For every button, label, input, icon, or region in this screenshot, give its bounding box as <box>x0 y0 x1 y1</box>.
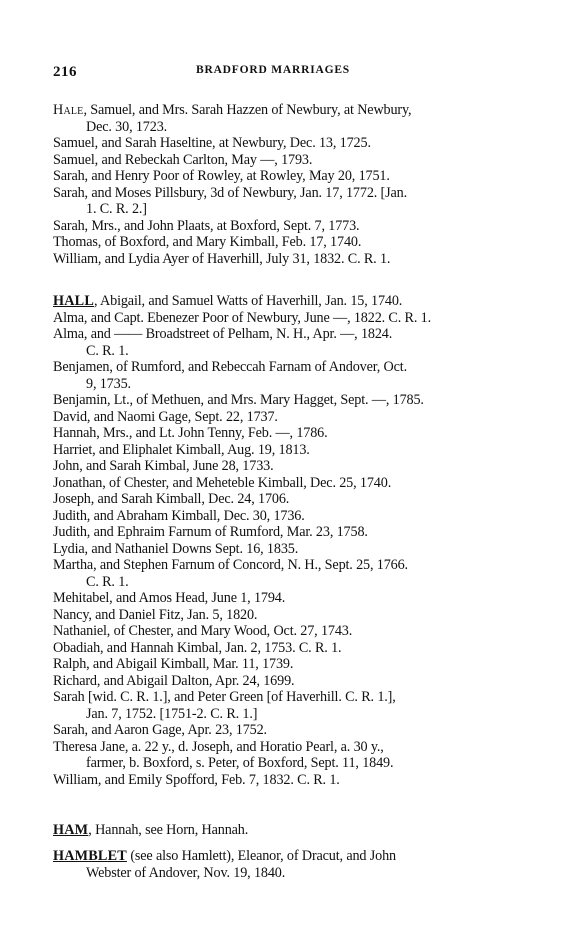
entry-line: John, and Sarah Kimbal, June 28, 1733. <box>53 458 533 475</box>
entry-line: Samuel, and Rebeckah Carlton, May —, 179… <box>53 152 533 169</box>
entry-continuation: Webster of Andover, Nov. 19, 1840. <box>53 865 533 882</box>
entry-continuation: Jan. 7, 1752. [1751-2. C. R. 1.] <box>53 706 533 723</box>
surname-heading: HAMBLET <box>53 848 127 864</box>
entry-line: Sarah [wid. C. R. 1.], and Peter Green [… <box>53 689 533 706</box>
entry-line: Benjamen, of Rumford, and Rebeccah Farna… <box>53 359 533 376</box>
surname-heading: Hale <box>53 102 83 118</box>
entry-line: David, and Naomi Gage, Sept. 22, 1737. <box>53 409 533 426</box>
surname-heading: HAM <box>53 822 88 838</box>
entry-line: Lydia, and Nathaniel Downs Sept. 16, 183… <box>53 541 533 558</box>
entry-line: Ralph, and Abigail Kimball, Mar. 11, 173… <box>53 656 533 673</box>
entry-line: Alma, and Capt. Ebenezer Poor of Newbury… <box>53 310 533 327</box>
entry-line: Obadiah, and Hannah Kimbal, Jan. 2, 1753… <box>53 640 533 657</box>
entry-line: Thomas, of Boxford, and Mary Kimball, Fe… <box>53 234 533 251</box>
entry-line: Nancy, and Daniel Fitz, Jan. 5, 1820. <box>53 607 533 624</box>
section-hale: Hale, Samuel, and Mrs. Sarah Hazzen of N… <box>53 102 533 267</box>
entry-line: Jonathan, of Chester, and Meheteble Kimb… <box>53 475 533 492</box>
page-number: 216 <box>53 64 77 81</box>
entry-line: Theresa Jane, a. 22 y., d. Joseph, and H… <box>53 739 533 756</box>
entry-line: HAMBLET (see also Hamlett), Eleanor, of … <box>53 848 533 865</box>
entry-line: Alma, and —— Broadstreet of Pelham, N. H… <box>53 326 533 343</box>
entry-line: William, and Emily Spofford, Feb. 7, 183… <box>53 772 533 789</box>
entry-line: Benjamin, Lt., of Methuen, and Mrs. Mary… <box>53 392 533 409</box>
entry-line: Martha, and Stephen Farnum of Concord, N… <box>53 557 533 574</box>
entry-line: Judith, and Ephraim Farnum of Rumford, M… <box>53 524 533 541</box>
entry-line: Judith, and Abraham Kimball, Dec. 30, 17… <box>53 508 533 525</box>
section-hamblet: HAMBLET (see also Hamlett), Eleanor, of … <box>53 848 533 881</box>
entry-continuation: C. R. 1. <box>53 574 533 591</box>
running-head: BRADFORD MARRIAGES <box>196 64 350 76</box>
entry-line: HALL, Abigail, and Samuel Watts of Haver… <box>53 293 533 310</box>
entry-continuation: 9, 1735. <box>53 376 533 393</box>
entry-line: Harriet, and Eliphalet Kimball, Aug. 19,… <box>53 442 533 459</box>
entry-line: Richard, and Abigail Dalton, Apr. 24, 16… <box>53 673 533 690</box>
entry-line: Sarah, Mrs., and John Plaats, at Boxford… <box>53 218 533 235</box>
section-hall: HALL, Abigail, and Samuel Watts of Haver… <box>53 293 533 788</box>
entry-line: HAM, Hannah, see Horn, Hannah. <box>53 822 533 839</box>
document-page: 216 BRADFORD MARRIAGES Hale, Samuel, and… <box>0 0 568 944</box>
surname-heading: HALL <box>53 293 94 309</box>
entry-line: Hannah, Mrs., and Lt. John Tenny, Feb. —… <box>53 425 533 442</box>
entry-continuation: 1. C. R. 2.] <box>53 201 533 218</box>
section-ham: HAM, Hannah, see Horn, Hannah. <box>53 822 533 839</box>
entry-line: Samuel, and Sarah Haseltine, at Newbury,… <box>53 135 533 152</box>
entry-line: Sarah, and Henry Poor of Rowley, at Rowl… <box>53 168 533 185</box>
entry-line: Nathaniel, of Chester, and Mary Wood, Oc… <box>53 623 533 640</box>
entry-continuation: farmer, b. Boxford, s. Peter, of Boxford… <box>53 755 533 772</box>
entry-line: Hale, Samuel, and Mrs. Sarah Hazzen of N… <box>53 102 533 119</box>
entry-line: Joseph, and Sarah Kimball, Dec. 24, 1706… <box>53 491 533 508</box>
entry-continuation: C. R. 1. <box>53 343 533 360</box>
entry-line: William, and Lydia Ayer of Haverhill, Ju… <box>53 251 533 268</box>
entry-line: Sarah, and Aaron Gage, Apr. 23, 1752. <box>53 722 533 739</box>
entry-line: Sarah, and Moses Pillsbury, 3d of Newbur… <box>53 185 533 202</box>
page-header: 216 BRADFORD MARRIAGES <box>53 62 523 84</box>
entry-line: Mehitabel, and Amos Head, June 1, 1794. <box>53 590 533 607</box>
entry-continuation: Dec. 30, 1723. <box>53 119 533 136</box>
